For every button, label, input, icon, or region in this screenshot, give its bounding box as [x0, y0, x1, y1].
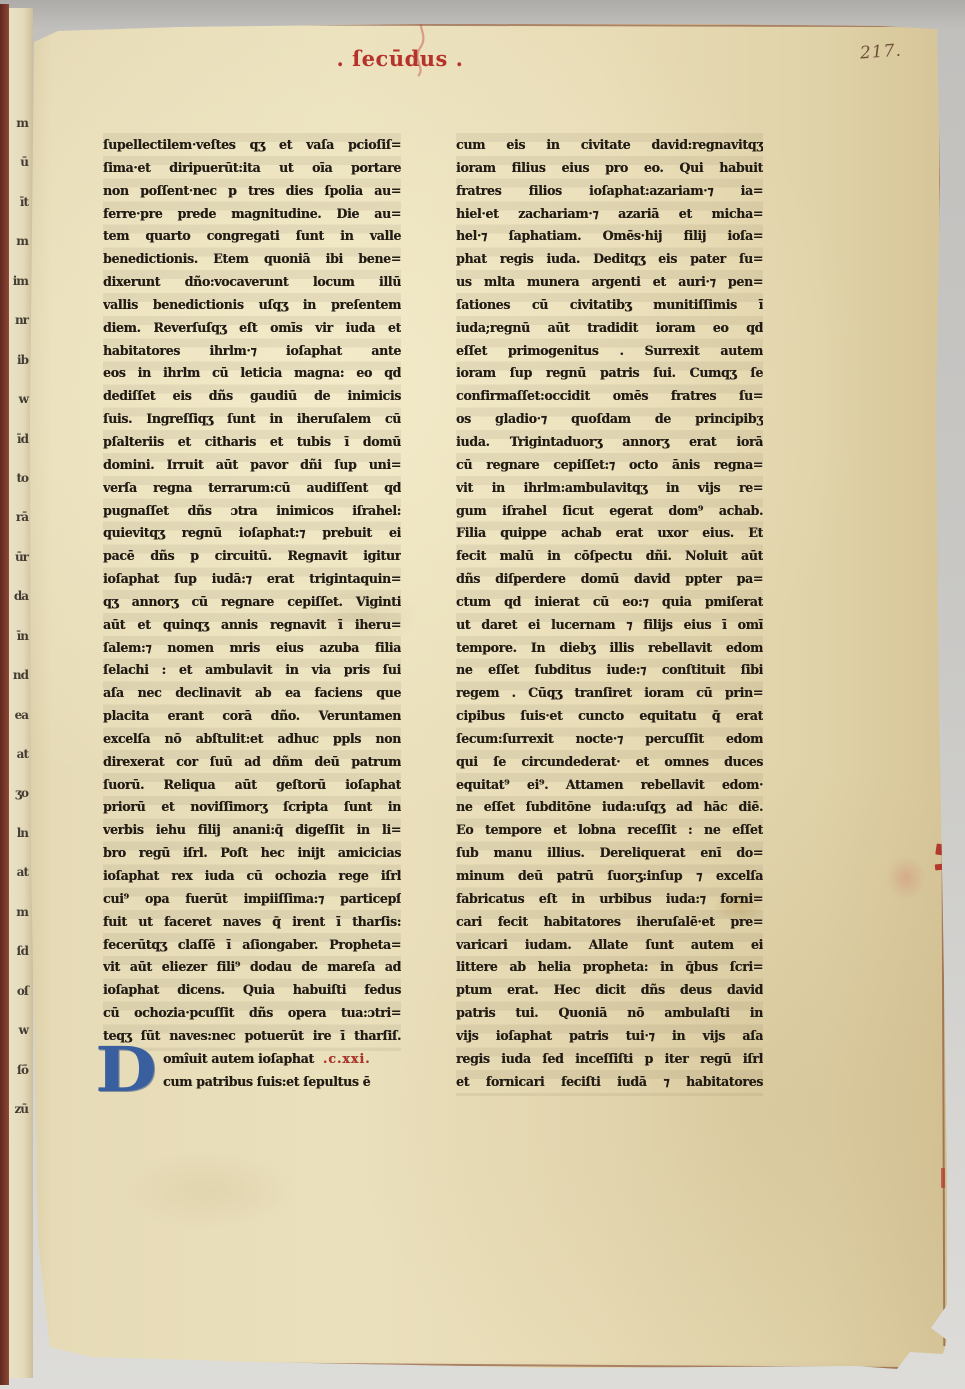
text-line: vallis benedictionis uſqʒ in preſentem	[103, 297, 401, 320]
text-line: ſd	[2, 944, 28, 958]
text-line: ʒo	[2, 786, 28, 800]
text-line: verbis iehu filij anani:q̄ digeſſit in l…	[103, 822, 401, 845]
page-edge-right	[939, 26, 946, 1346]
fore-edge-red-mark	[935, 843, 944, 855]
running-title: . ſecūdus .	[300, 46, 500, 71]
edge-letter-fragments: mūītmimnribwīdtorāūrdaīnndeaatʒolnatmſdo…	[2, 116, 30, 1116]
text-line: equitat⁹ ei⁹. Attamen rebellavit edom·	[456, 777, 763, 800]
text-line: littere ab helia propheta: in q̄bus ſcri…	[456, 959, 763, 982]
text-line: domini. Irruit aūt pavor dñi ſup uni=	[103, 457, 401, 480]
text-column-right: cum eis in civitate david:regnavitqʒiora…	[456, 137, 763, 1096]
text-line: non poſſent·nec p tres dies ſpolia au=	[103, 183, 401, 206]
text-line: rā	[2, 510, 28, 524]
chapter-opening-line: cum patribus ſuis:et ſepultus ē	[163, 1074, 401, 1097]
chapter-initial: D	[90, 1045, 161, 1099]
text-line: ut daret ei lucernam ⁊ filijs eius ī omī	[456, 617, 763, 640]
page-edge-bottom	[40, 1361, 900, 1369]
text-line: īt	[2, 195, 28, 209]
text-line: cū regnare cepiſſet:⁊ octo ānis regna=	[456, 457, 763, 480]
text-column-left: ſupellectilem·veſtes qʒ et vaſa pcioſiſ=…	[103, 137, 401, 1051]
text-line: patris tui. Quoniā nō ambulaſti in	[456, 1005, 763, 1028]
text-line: nr	[2, 313, 28, 327]
text-line: to	[2, 471, 28, 485]
text-line: iuda. Trigintaduorʒ annorʒ erat iorā	[456, 434, 763, 457]
text-line: ſima·et diripuerūt:ita ut oīa portare	[103, 160, 401, 183]
text-line: ctum qd inierat cū eo:⁊ quia pmiſerat	[456, 594, 763, 617]
text-line: da	[2, 589, 28, 603]
chapter-number: .c.xxi.	[323, 1051, 371, 1066]
text-line: aſa nec declinavit ab ea faciens que	[103, 685, 401, 708]
text-line: ſationes cū civitatibʒ munitiſſimis ī	[456, 297, 763, 320]
text-line: fecit malū in cōſpectu dñi. Noluit aūt	[456, 548, 763, 571]
text-line: confirmaſſet:occidit omēs fratres ſu=	[456, 388, 763, 411]
parchment-stain	[120, 1150, 300, 1230]
text-line: tem quarto congregati ſunt in valle	[103, 228, 401, 251]
text-line: et fornicari feciſti iudā ⁊ habitatores	[456, 1074, 763, 1097]
text-line: dediſſet eis dñs gaudiū de inimicis	[103, 388, 401, 411]
text-line: cari fecit habitatores iheruſalē·et pre=	[456, 914, 763, 937]
photo-background: { "header": { "running_title": ". ſecūdu…	[0, 0, 965, 1389]
text-line: benedictionis. Etem quoniā ibi bene=	[103, 251, 401, 274]
fore-edge-red-mark	[935, 863, 946, 870]
text-line: minum deū patrū ſuorʒ:inſup ⁊ excelſa	[456, 868, 763, 891]
text-line: fabricatus eſt in urbibus iuda:⁊ forni=	[456, 891, 763, 914]
text-line: w	[2, 1023, 28, 1037]
text-line: im	[2, 274, 28, 288]
text-line: ioſaphat dicens. Quia habuiſti fedus	[103, 982, 401, 1005]
text-line: cipibus ſuis·et cuncto equitatu q̄ erat	[456, 708, 763, 731]
text-line: hel·⁊ ſaphatiam. Omēs·hij filij ioſa=	[456, 228, 763, 251]
text-line: aūt et quinqʒ annis regnavit ī iheru=	[103, 617, 401, 640]
text-line: bro regū iſrl. Poſt hec inijt amicicias	[103, 845, 401, 868]
text-line: w	[2, 392, 28, 406]
text-line: ne eſſet ſubditōne iuda:uſqʒ ad hāc diē.	[456, 799, 763, 822]
text-line: iuda;regnū aūt tradidit ioram eo qd	[456, 320, 763, 343]
text-line: cum eis in civitate david:regnavitqʒ	[456, 137, 763, 160]
text-line: quievitqʒ regnū ioſaphat:⁊ prebuit ei	[103, 525, 401, 548]
text-line: os gladio·⁊ quoſdam de principibʒ	[456, 411, 763, 434]
text-line: placita erant corā dño. Veruntamen	[103, 708, 401, 731]
text-line: fuit ut faceret naves q̄ irent ī tharſis…	[103, 914, 401, 937]
text-line: direxerat cor ſuū ad dñm deū patrum	[103, 754, 401, 777]
text-line: īd	[2, 432, 28, 446]
chapter-opening-text: omîuit autem ioſaphat	[163, 1051, 314, 1066]
text-line: ib	[2, 353, 28, 367]
text-line: ſō	[2, 1063, 28, 1077]
text-line: fratres filios ioſaphat:azariam·⁊ ia=	[456, 183, 763, 206]
chapter-opening-line: omîuit autem ioſaphat.c.xxi.	[163, 1051, 401, 1074]
text-line: m	[2, 234, 28, 248]
text-line: pſalteriis et citharis et tubis ī domū	[103, 434, 401, 457]
text-line: īn	[2, 629, 28, 643]
text-line: vijs ioſaphat patris tui·⁊ in vijs aſa	[456, 1028, 763, 1051]
fore-edge-red-mark	[941, 1168, 945, 1188]
text-line: ſecum:ſurrexit nocte·⁊ percuſſit edom	[456, 731, 763, 754]
text-line: ſub manu illius. Dereliquerat enī do=	[456, 845, 763, 868]
text-line: gum iſrahel ſicut egerat dom⁹ achab.	[456, 503, 763, 526]
text-line: ſupellectilem·veſtes qʒ et vaſa pcioſiſ=	[103, 137, 401, 160]
parchment-stain	[886, 856, 926, 900]
text-line: ferre·pre prede magnitudine. Die au=	[103, 206, 401, 229]
text-line: nd	[2, 668, 28, 682]
text-line: regis iuda ſed inceſſiſti p iter regū iſ…	[456, 1051, 763, 1074]
text-line: oſ	[2, 984, 28, 998]
folio-number: 217.	[859, 41, 902, 64]
text-line: at	[2, 747, 28, 761]
text-line: zū	[2, 1102, 28, 1116]
text-line: qui ſe circundederat· et omnes duces	[456, 754, 763, 777]
previous-leaf-edge: mūītmimnribwīdtorāūrdaīnndeaatʒolnatmſdo…	[9, 8, 33, 1378]
text-line: at	[2, 865, 28, 879]
text-line: qʒ annorʒ cū regnare cepiſſet. Viginti	[103, 594, 401, 617]
text-line: excelſa nō abſtulit:et adhuc ppls non	[103, 731, 401, 754]
text-line: vit aūt eliezer fili⁹ dodau de mareſa ad	[103, 959, 401, 982]
manuscript-page: . ſecūdus . 217. ſupellectilem·veſtes qʒ…	[0, 0, 965, 1389]
text-line: ſuorū. Reliqua aūt geſtorū ioſaphat	[103, 777, 401, 800]
text-line: vit in ihrlm:ambulavitqʒ in vijs re=	[456, 480, 763, 503]
text-line: ioſaphat ſup iudā:⁊ erat trigintaquin=	[103, 571, 401, 594]
text-line: ſelachi : et ambulavit in via pris ſui	[103, 662, 401, 685]
text-line: m	[2, 116, 28, 130]
text-line: varicari iudam. Allate ſunt autem ei	[456, 937, 763, 960]
text-line: diem. Reverſuſqʒ eſt omīs vir iuda et	[103, 320, 401, 343]
text-line: phat regis iuda. Deditqʒ eis pater ſu=	[456, 251, 763, 274]
text-line: ioſaphat rex iuda cū ochozia rege iſrl	[103, 868, 401, 891]
text-line: us mlta munera argenti et auri·⁊ pen=	[456, 274, 763, 297]
text-line: eos in ihrlm cū leticia magna: eo qd	[103, 365, 401, 388]
text-line: ioram ſup regnū patris ſui. Cumqʒ ſe	[456, 365, 763, 388]
text-line: Eo tempore et lobna receſſit : ne eſſet	[456, 822, 763, 845]
text-line: cui⁹ opa fuerūt impiiſſima:⁊ particepſ	[103, 891, 401, 914]
text-line: regem . Cūqʒ tranſiret ioram cū prin=	[456, 685, 763, 708]
text-line: habitatores ihrlm·⁊ ioſaphat ante	[103, 343, 401, 366]
text-line: dixerunt dño:vocaverunt locum illū	[103, 274, 401, 297]
page-edge-top	[30, 23, 940, 27]
text-line: ln	[2, 826, 28, 840]
text-line: ſuis. Ingreſſiqʒ ſunt in iheruſalem cū	[103, 411, 401, 434]
text-line: ne eſſet ſubditus iude:⁊ conſtituit ſibi	[456, 662, 763, 685]
text-line: verſa regna terrarum:cū audiſſent qd	[103, 480, 401, 503]
text-line: fecerūtqʒ claſſē ī aſiongaber. Propheta=	[103, 937, 401, 960]
text-line: hiel·et zachariam·⁊ azariā et micha=	[456, 206, 763, 229]
fore-edge-red-mark	[939, 368, 943, 394]
text-line: ū	[2, 155, 28, 169]
text-line: ūr	[2, 550, 28, 564]
text-line: ioram filius eius pro eo. Qui habuit	[456, 160, 763, 183]
text-line: ſalem:⁊ nomen mris eius azuba filia	[103, 640, 401, 663]
text-line: priorū et noviſſimorʒ ſcripta ſunt in	[103, 799, 401, 822]
text-line: dñs diſperdere domū david ppter pa=	[456, 571, 763, 594]
text-line: Filia quippe achab erat uxor eius. Et	[456, 525, 763, 548]
text-line: cū ochozia·pcuſſit dñs opera tua:ɔtri=	[103, 1005, 401, 1028]
text-line: pacē dñs p circuitū. Regnavit igitur	[103, 548, 401, 571]
text-line: pugnaſſet dñs ɔtra inimicos iſrahel:	[103, 503, 401, 526]
text-line: ea	[2, 708, 28, 722]
text-line: ptum erat. Hec dicit dñs deus david	[456, 982, 763, 1005]
text-line: tempore. In diebʒ illis rebellavit edom	[456, 640, 763, 663]
text-line: m	[2, 905, 28, 919]
chapter-opening: D omîuit autem ioſaphat.c.xxi. cum patri…	[103, 1051, 401, 1097]
text-line: eſſet primogenitus . Surrexit autem	[456, 343, 763, 366]
